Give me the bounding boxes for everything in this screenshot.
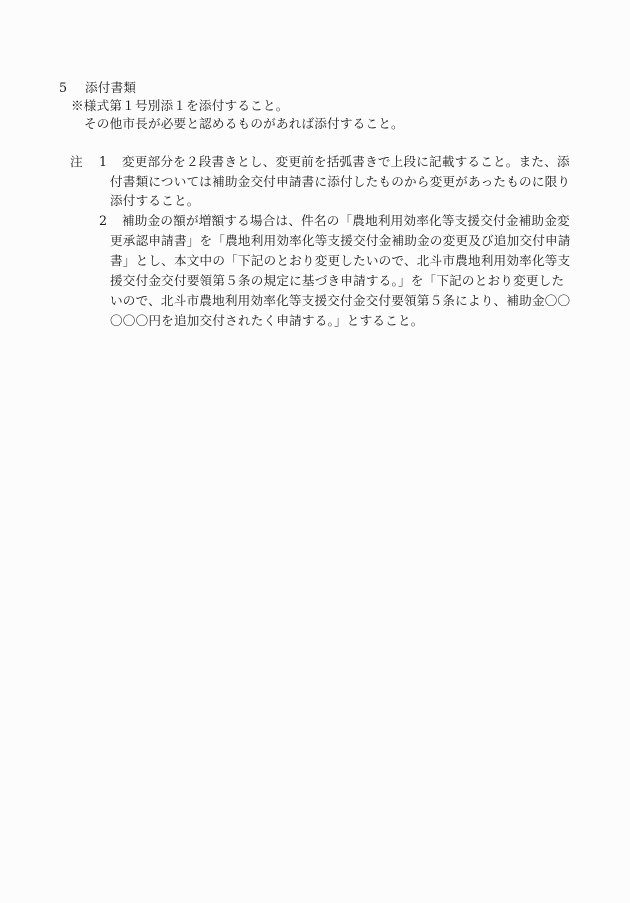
note-line: 付書類については補助金交付申請書に添付したものから変更があったものに限り [110,173,570,191]
attachment-item: その他市長が必要と認めるものがあれば添付すること。 [84,115,404,133]
section-number: 5 [59,79,67,97]
note-number: 1 [99,153,107,171]
note-line: 〇〇〇円を追加交付されたく申請する。」とすること。 [110,312,424,330]
notes-label: 注 [70,153,83,171]
note-line: 補助金の額が増額する場合は、件名の「農地利用効率化等支援交付金補助金変 [122,212,570,230]
note-line: 更承認申請書」を「農地利用効率化等支援交付金補助金の変更及び追加交付申請 [110,232,571,250]
section-heading: 添付書類 [85,79,136,97]
note-number: 2 [99,212,107,230]
attachment-item: ※様式第１号別添１を添付すること。 [71,97,289,115]
note-line: 書」とし、本文中の「下記のとおり変更したいので、北斗市農地利用効率化等支 [110,252,570,270]
note-line: 変更部分を２段書きとし、変更前を括弧書きで上段に記載すること。また、添 [122,153,570,171]
note-line: いので、北斗市農地利用効率化等支援交付金交付要領第５条により、補助金〇〇 [110,292,570,310]
document-page: 5 添付書類 ※様式第１号別添１を添付すること。 その他市長が必要と認めるものが… [0,0,630,903]
note-line: 添付すること。 [110,192,200,210]
note-line: 援交付金交付要領第５条の規定に基づき申請する。」を「下記のとおり変更した [110,272,564,290]
